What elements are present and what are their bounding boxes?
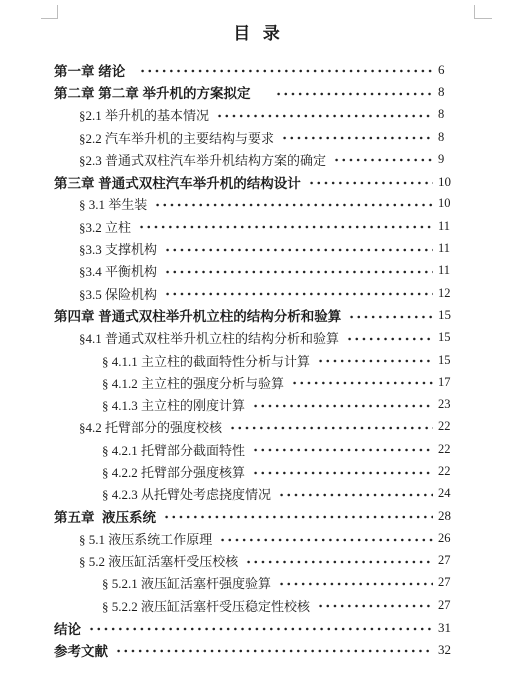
toc-entry-page: 26 bbox=[438, 531, 460, 546]
toc-entry-title: § 4.2.1 托臂部分截面特性 bbox=[102, 440, 245, 459]
toc-entry-page: 28 bbox=[438, 508, 460, 524]
toc-entry-title: §2.3 普通式双柱汽车举升机结构方案的确定 bbox=[79, 150, 326, 169]
toc-entry[interactable]: § 5.2.1 液压缸活塞杆强度验算 27 bbox=[54, 572, 460, 594]
toc-leader bbox=[229, 416, 433, 438]
toc-entry-page: 11 bbox=[438, 219, 460, 234]
toc-leader bbox=[348, 304, 433, 326]
toc-entry[interactable]: 第三章 普通式双柱汽车举升机的结构设计 10 bbox=[54, 170, 460, 192]
toc-entry-title: §4.2 托臂部分的强度校核 bbox=[79, 417, 222, 436]
toc-entry-page: 31 bbox=[438, 620, 460, 636]
toc-entry-page: 23 bbox=[438, 397, 460, 412]
toc-entry-title: § 4.1.2 主立柱的强度分析与验算 bbox=[102, 373, 284, 392]
toc-entry-title: § 4.1.3 主立柱的刚度计算 bbox=[102, 395, 245, 414]
toc-entry[interactable]: §2.2 汽车举升机的主要结构与要求 8 bbox=[54, 126, 460, 148]
toc-entry-page: 9 bbox=[438, 152, 460, 167]
toc-entry-title: §4.1 普通式双柱举升机立柱的结构分析和验算 bbox=[79, 328, 339, 347]
toc-leader bbox=[252, 460, 433, 482]
toc-leader bbox=[216, 104, 433, 126]
toc-entry-title: 第三章 普通式双柱汽车举升机的结构设计 bbox=[54, 172, 301, 192]
toc-entry-title: 第四章 普通式双柱举升机立柱的结构分析和验算 bbox=[54, 305, 341, 325]
toc-entry-page: 10 bbox=[438, 174, 460, 190]
toc-entry-page: 32 bbox=[438, 642, 460, 658]
toc-entry-title: § 5.1 液压系统工作原理 bbox=[79, 529, 212, 548]
toc-leader bbox=[115, 639, 433, 661]
toc-entry-title: §3.4 平衡机构 bbox=[79, 261, 157, 280]
toc-entry-title: 结论 bbox=[54, 618, 81, 638]
toc-entry[interactable]: §3.2 立柱 11 bbox=[54, 215, 460, 237]
toc-entry-title: §3.2 立柱 bbox=[79, 217, 131, 236]
toc-entry-page: 17 bbox=[438, 375, 460, 390]
toc-entry-page: 22 bbox=[438, 419, 460, 434]
toc-leader bbox=[333, 148, 433, 170]
toc-entry-page: 8 bbox=[438, 107, 460, 122]
toc-entry[interactable]: 第二章 第二章 举升机的方案拟定 8 bbox=[54, 81, 460, 103]
toc-entry[interactable]: §2.1 举升机的基本情况 8 bbox=[54, 104, 460, 126]
toc-entry-title: 参考文献 bbox=[54, 640, 108, 660]
toc-entry-title: § 5.2 液压缸活塞杆受压校核 bbox=[79, 551, 238, 570]
toc-entry-page: 12 bbox=[438, 286, 460, 301]
toc-leader bbox=[164, 260, 433, 282]
toc-entry-page: 27 bbox=[438, 598, 460, 613]
toc-leader bbox=[281, 126, 433, 148]
toc-entry-title: 第五章 液压系统 bbox=[54, 506, 156, 526]
toc-leader bbox=[252, 393, 433, 415]
toc-entry-title: § 3.1 举生装 bbox=[79, 194, 147, 213]
toc-entry[interactable]: 第五章 液压系统 28 bbox=[54, 505, 460, 527]
toc-entry-title: § 4.2.2 托臂部分强度核算 bbox=[102, 462, 245, 481]
toc-leader bbox=[163, 505, 433, 527]
toc-entry[interactable]: § 3.1 举生装 10 bbox=[54, 193, 460, 215]
toc-entry[interactable]: §3.4 平衡机构 11 bbox=[54, 260, 460, 282]
toc-entry-title: §3.5 保险机构 bbox=[79, 284, 157, 303]
toc-entry-title: §2.2 汽车举升机的主要结构与要求 bbox=[79, 128, 274, 147]
toc-entry[interactable]: § 4.1.3 主立柱的刚度计算 23 bbox=[54, 393, 460, 415]
toc-entry[interactable]: § 5.2 液压缸活塞杆受压校核 27 bbox=[54, 550, 460, 572]
toc-entry[interactable]: § 4.1.2 主立柱的强度分析与验算 17 bbox=[54, 371, 460, 393]
toc-entry[interactable]: §3.5 保险机构 12 bbox=[54, 282, 460, 304]
toc-leader bbox=[278, 572, 433, 594]
toc-entry-page: 22 bbox=[438, 442, 460, 457]
toc-leader bbox=[245, 550, 433, 572]
toc-entry-title: § 4.1.1 主立柱的截面特性分析与计算 bbox=[102, 351, 310, 370]
toc-entry-page: 6 bbox=[438, 62, 460, 78]
toc-leader bbox=[278, 483, 433, 505]
toc-entry-title: § 5.2.1 液压缸活塞杆强度验算 bbox=[102, 573, 271, 592]
toc-leader bbox=[164, 282, 433, 304]
toc-entry-page: 22 bbox=[438, 464, 460, 479]
toc-leader bbox=[308, 170, 433, 192]
toc-leader bbox=[154, 193, 433, 215]
toc-leader bbox=[317, 349, 433, 371]
crop-mark-top-right-horizontal bbox=[475, 18, 492, 19]
toc-leader bbox=[291, 371, 433, 393]
toc-entry-page: 24 bbox=[438, 486, 460, 501]
toc-entry[interactable]: § 4.2.1 托臂部分截面特性 22 bbox=[54, 438, 460, 460]
toc-entry[interactable]: § 4.2.2 托臂部分强度核算 22 bbox=[54, 460, 460, 482]
toc-entry[interactable]: § 4.1.1 主立柱的截面特性分析与计算 15 bbox=[54, 349, 460, 371]
toc-leader bbox=[88, 616, 433, 638]
toc-entry-title: 第二章 第二章 举升机的方案拟定 bbox=[54, 82, 251, 102]
toc-entry-page: 11 bbox=[438, 263, 460, 278]
toc-entry-page: 27 bbox=[438, 575, 460, 590]
toc-list: 第一章 绪论 6 第二章 第二章 举升机的方案拟定 8 §2.1 举升机的基本情… bbox=[54, 59, 460, 661]
toc-entry[interactable]: §4.1 普通式双柱举升机立柱的结构分析和验算 15 bbox=[54, 327, 460, 349]
toc-entry-page: 15 bbox=[438, 353, 460, 368]
toc-leader bbox=[139, 59, 433, 81]
toc-entry-title: 第一章 绪论 bbox=[54, 60, 125, 80]
toc-entry-title: § 4.2.3 从托臂处考虑挠度情况 bbox=[102, 484, 271, 503]
toc-entry-page: 15 bbox=[438, 330, 460, 345]
crop-mark-top-left-vertical bbox=[57, 5, 58, 19]
toc-entry-page: 10 bbox=[438, 196, 460, 211]
toc-entry-title: §3.3 支撑机构 bbox=[79, 239, 157, 258]
toc-leader bbox=[164, 237, 433, 259]
toc-entry[interactable]: 参考文献 32 bbox=[54, 639, 460, 661]
toc-entry[interactable]: § 5.1 液压系统工作原理 26 bbox=[54, 527, 460, 549]
toc-entry[interactable]: §4.2 托臂部分的强度校核 22 bbox=[54, 416, 460, 438]
toc-entry-page: 8 bbox=[438, 130, 460, 145]
toc-leader bbox=[346, 327, 433, 349]
page-title: 目 录 bbox=[54, 19, 460, 44]
toc-entry-page: 15 bbox=[438, 307, 460, 323]
toc-entry[interactable]: § 4.2.3 从托臂处考虑挠度情况 24 bbox=[54, 483, 460, 505]
toc-leader bbox=[275, 81, 433, 103]
toc-entry-title: § 5.2.2 液压缸活塞杆受压稳定性校核 bbox=[102, 596, 310, 615]
toc-entry-title: §2.1 举升机的基本情况 bbox=[79, 105, 209, 124]
toc-entry-page: 11 bbox=[438, 241, 460, 256]
toc-leader bbox=[252, 438, 433, 460]
toc-entry[interactable]: 结论 31 bbox=[54, 616, 460, 638]
toc-entry-page: 27 bbox=[438, 553, 460, 568]
crop-mark-top-right-vertical bbox=[474, 5, 475, 19]
toc-leader bbox=[138, 215, 433, 237]
toc-leader bbox=[317, 594, 433, 616]
toc-leader bbox=[219, 527, 433, 549]
toc-entry-page: 8 bbox=[438, 84, 460, 100]
toc-entry[interactable]: § 5.2.2 液压缸活塞杆受压稳定性校核 27 bbox=[54, 594, 460, 616]
toc-entry[interactable]: 第四章 普通式双柱举升机立柱的结构分析和验算 15 bbox=[54, 304, 460, 326]
toc-entry[interactable]: §2.3 普通式双柱汽车举升机结构方案的确定 9 bbox=[54, 148, 460, 170]
toc-entry[interactable]: 第一章 绪论 6 bbox=[54, 59, 460, 81]
toc-entry[interactable]: §3.3 支撑机构 11 bbox=[54, 237, 460, 259]
